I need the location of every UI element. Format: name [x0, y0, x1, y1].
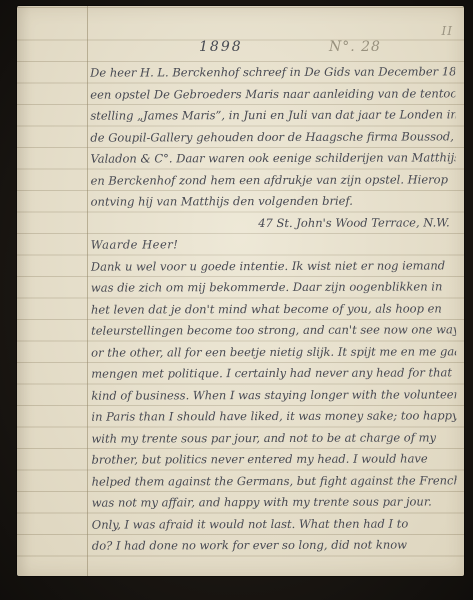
intro-line: stelling „James Maris”, in Juni en Juli …: [90, 104, 455, 127]
intro-line: de Goupil-Gallery gehouden door de Haags…: [90, 126, 455, 149]
letter-body-line: mengen met politique. I certainly had ne…: [91, 362, 456, 385]
letter-body-line: with my trente sous par jour, and not to…: [91, 427, 456, 450]
intro-line: een opstel De Gebroeders Maris naar aanl…: [90, 83, 455, 106]
letter-body-line: het leven dat je don't mind what become …: [91, 298, 456, 321]
letter-body-line: Only, I was afraid it would not last. Wh…: [92, 513, 457, 536]
letter-body-line: was not my affair, and happy with my tre…: [92, 491, 457, 514]
intro-line: Valadon & C°. Daar waren ook eenige schi…: [90, 147, 455, 170]
letter-body-line: teleurstellingen become too strong, and …: [91, 319, 456, 342]
document-number: N°. 28: [329, 36, 381, 58]
handwritten-text-block: De heer H. L. Berckenhof schreef in De G…: [90, 61, 457, 557]
letter-body-line: do? I had done no work for ever so long,…: [92, 534, 457, 557]
letter-body-line: was die zich om mij bekommerde. Daar zij…: [91, 276, 456, 299]
year-heading: 1898: [199, 36, 243, 58]
letter-address: 47 St. John's Wood Terrace, N.W.: [91, 212, 456, 235]
intro-line: ontving hij van Matthijs den volgenden b…: [91, 190, 456, 213]
letter-body-line: kind of business. When I was staying lon…: [91, 384, 456, 407]
letter-body-line: brother, but politics never entered my h…: [91, 448, 456, 471]
letter-salutation: Waarde Heer!: [91, 233, 456, 256]
manuscript-page: II 1898 N°. 28 De heer H. L. Berckenhof …: [17, 6, 464, 576]
letter-body-line: or the other, all for een beetje nietig …: [91, 341, 456, 364]
margin-rule-line: [87, 6, 88, 576]
intro-line: De heer H. L. Berckenhof schreef in De G…: [90, 61, 455, 84]
heading-row: 1898 N°. 28: [91, 36, 456, 58]
letter-body-line: in Paris than I should have liked, it wa…: [91, 405, 456, 428]
letter-body-line: Dank u wel voor u goede intentie. Ik wis…: [91, 255, 456, 278]
intro-line: en Berckenhof zond hem een afdrukje van …: [91, 169, 456, 192]
letter-body-line: helped them against the Germans, but fig…: [92, 470, 457, 493]
